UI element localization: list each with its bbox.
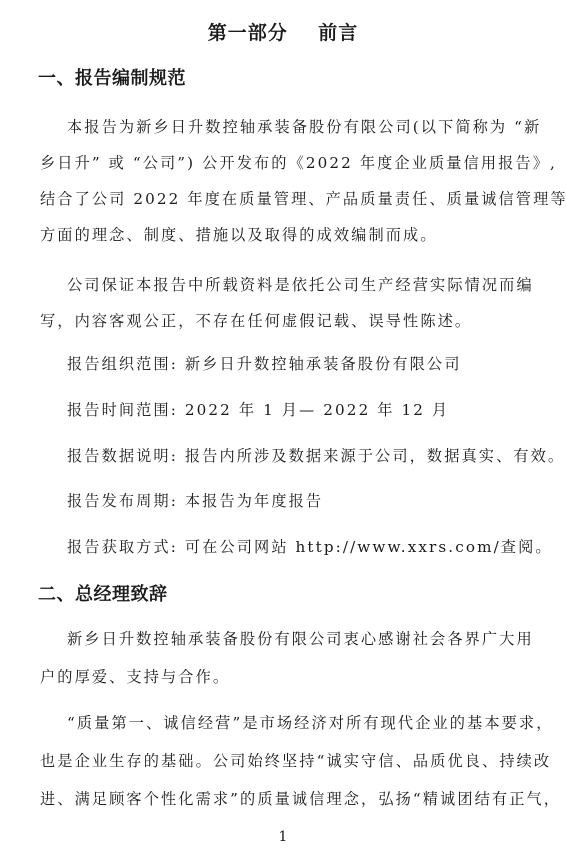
section-heading-report-norms: 一、报告编制规范 <box>38 64 186 90</box>
page-number: 1 <box>0 829 566 845</box>
paragraph-line: 写，内容客观公正，不存在任何虚假记载、误导性陈述。 <box>40 311 472 331</box>
field-access-method: 报告获取方式: 可在公司网站 http://www.xxrs.com/查阅。 <box>67 537 553 557</box>
field-label: 报告时间范围: <box>67 401 178 419</box>
paragraph-line: 乡日升” 或 “公司”) 公开发布的《2022 年度企业质量信用报告》, <box>40 153 557 173</box>
field-value: 2022 年 1 月— 2022 年 12 月 <box>185 401 449 419</box>
paragraph-line: 户的厚爱、支持与合作。 <box>40 667 230 687</box>
field-value: 报告内所涉及数据来源于公司，数据真实、有效。 <box>185 447 565 465</box>
paragraph-line: 方面的理念、制度、措施以及取得的成效编制而成。 <box>40 225 438 245</box>
field-report-scope: 报告组织范围: 新乡日升数控轴承装备股份有限公司 <box>67 354 462 374</box>
field-data-description: 报告数据说明: 报告内所涉及数据来源于公司，数据真实、有效。 <box>67 446 565 466</box>
field-label: 报告获取方式: <box>67 538 178 556</box>
field-value: 本报告为年度报告 <box>185 492 323 510</box>
paragraph-line: 也是企业生存的基础。公司始终坚持“诚实守信、品质优良、持续改 <box>40 751 551 771</box>
paragraph-line: 进、满足顾客个性化需求”的质量诚信理念，弘扬“精诚团结有正气， <box>40 789 561 809</box>
paragraph-line: 新乡日升数控轴承装备股份有限公司衷心感谢社会各界广大用 <box>67 629 534 649</box>
paragraph-line: 本报告为新乡日升数控轴承装备股份有限公司(以下简称为 “新 <box>67 117 541 137</box>
field-value: 新乡日升数控轴承装备股份有限公司 <box>185 355 462 373</box>
field-value: 可在公司网站 http://www.xxrs.com/查阅。 <box>185 538 553 556</box>
paragraph-line: 公司保证本报告中所载资料是依托公司生产经营实际情况而编 <box>67 275 534 295</box>
paragraph-line: 结合了公司 2022 年度在质量管理、产品质量责任、质量诚信管理等 <box>40 189 566 209</box>
field-label: 报告发布周期: <box>67 492 178 510</box>
document-page: 第一部分 前言 一、报告编制规范 本报告为新乡日升数控轴承装备股份有限公司(以下… <box>0 0 566 867</box>
field-label: 报告组织范围: <box>67 355 178 373</box>
field-release-cycle: 报告发布周期: 本报告为年度报告 <box>67 491 323 511</box>
paragraph-line: “质量第一、诚信经营”是市场经济对所有现代企业的基本要求， <box>67 713 554 733</box>
section-heading-gm-address: 二、总经理致辞 <box>38 580 168 606</box>
field-label: 报告数据说明: <box>67 447 178 465</box>
part-title: 第一部分 前言 <box>0 18 566 45</box>
field-report-period: 报告时间范围: 2022 年 1 月— 2022 年 12 月 <box>67 400 449 420</box>
